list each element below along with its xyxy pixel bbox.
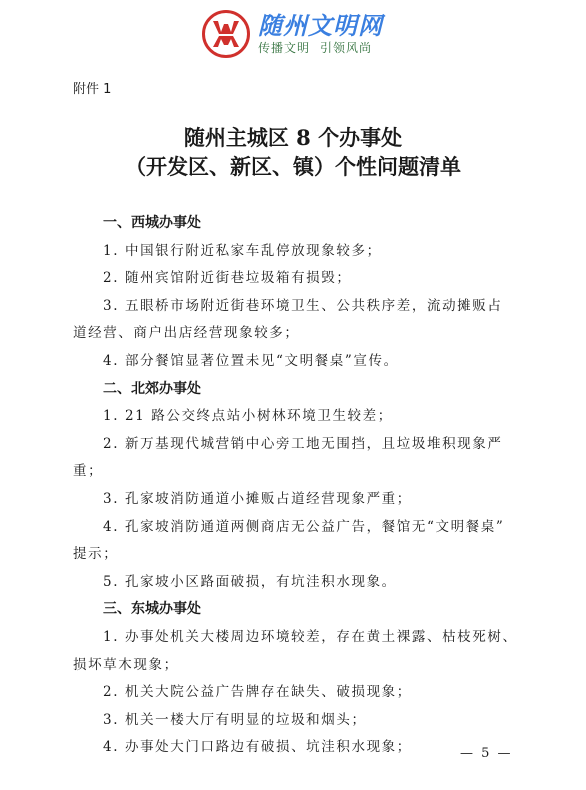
list-item-continuation: 重； (73, 458, 521, 486)
list-item: 4. 部分餐馆显著位置未见“文明餐桌”宣传。 (73, 348, 521, 376)
list-item: 1. 办事处机关大楼周边环境较差，存在黄土裸露、枯枝死树、 (73, 624, 521, 652)
list-item: 1. 21 路公交终点站小树林环境卫生较差； (73, 403, 521, 431)
section-heading: 二、北郊办事处 (73, 376, 521, 404)
list-item: 1. 中国银行附近私家车乱停放现象较多； (73, 238, 521, 266)
document-body: 一、西城办事处 1. 中国银行附近私家车乱停放现象较多； 2. 随州宾馆附近街巷… (73, 210, 521, 762)
site-logo: 随州文明网 传播文明引领风尚 (202, 8, 383, 60)
logo-emblem-icon (202, 10, 250, 58)
section-heading: 一、西城办事处 (73, 210, 521, 238)
list-item: 3. 孔家坡消防通道小摊贩占道经营现象严重； (73, 486, 521, 514)
list-item-continuation: 道经营、商户出店经营现象较多； (73, 320, 521, 348)
logo-slogan: 传播文明引领风尚 (258, 40, 383, 56)
list-item-continuation: 损坏草木现象； (73, 652, 521, 680)
document-title-line1: 随州主城区 8 个办事处 (0, 123, 586, 153)
slogan-part: 传播文明 (258, 41, 310, 55)
list-item: 2. 随州宾馆附近街巷垃圾箱有损毁； (73, 265, 521, 293)
logo-title: 随州文明网 (258, 12, 383, 40)
page-number: — 5 — (460, 746, 513, 761)
document-title-line2: （开发区、新区、镇）个性问题清单 (0, 152, 586, 182)
list-item: 2. 机关大院公益广告牌存在缺失、破损现象； (73, 679, 521, 707)
list-item: 3. 机关一楼大厅有明显的垃圾和烟头； (73, 707, 521, 735)
list-item: 4. 孔家坡消防通道两侧商店无公益广告，餐馆无“文明餐桌” (73, 514, 521, 542)
slogan-part: 引领风尚 (320, 41, 372, 55)
list-item: 2. 新万基现代城营销中心旁工地无围挡，且垃圾堆积现象严 (73, 431, 521, 459)
list-item: 5. 孔家坡小区路面破损，有坑洼积水现象。 (73, 569, 521, 597)
list-item: 4. 办事处大门口路边有破损、坑洼积水现象； (73, 734, 521, 762)
list-item-continuation: 提示； (73, 541, 521, 569)
list-item: 3. 五眼桥市场附近街巷环境卫生、公共秩序差，流动摊贩占 (73, 293, 521, 321)
section-heading: 三、东城办事处 (73, 596, 521, 624)
attachment-label: 附件 1 (73, 78, 111, 97)
